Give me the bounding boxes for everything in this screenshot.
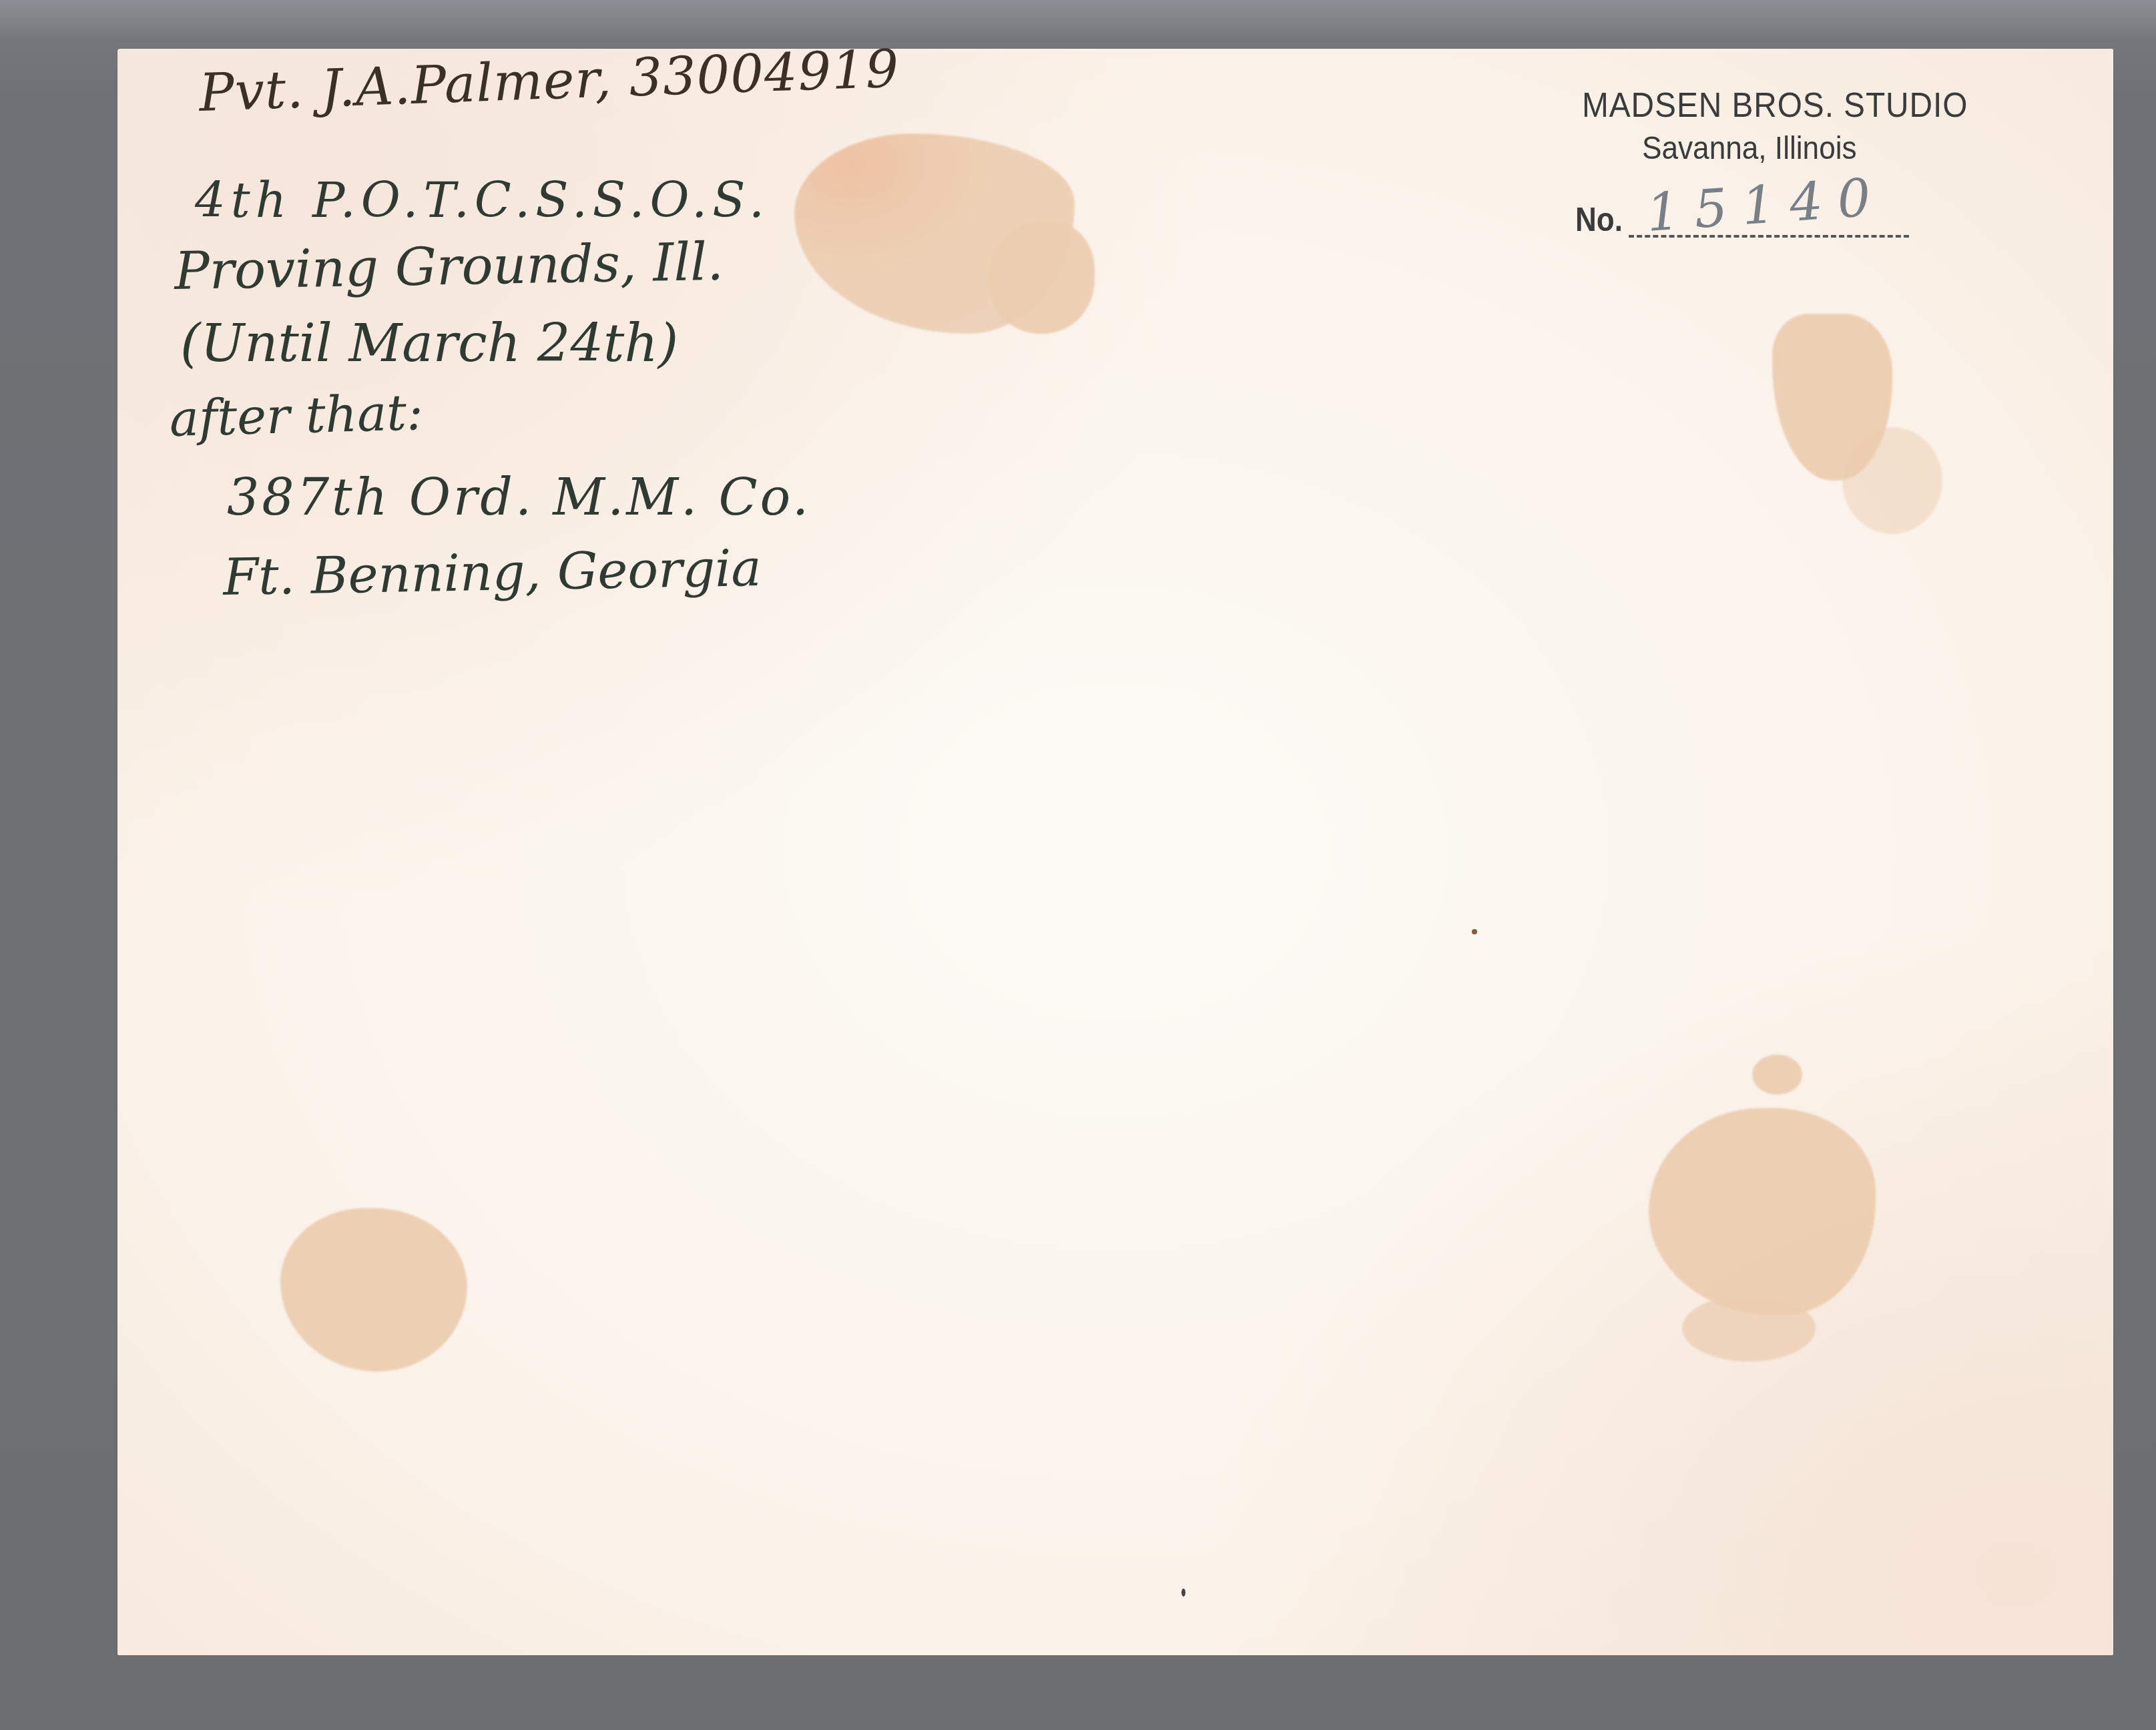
- glue-stain-top-center-extension: [988, 220, 1095, 334]
- ink-speck: [1472, 929, 1477, 934]
- stamp-studio-name: MADSEN BROS. STUDIO: [1582, 85, 1968, 125]
- stamp-number-label: No.: [1575, 200, 1623, 239]
- stamp-studio-location: Savanna, Illinois: [1642, 130, 1857, 167]
- ink-speck: [1181, 1589, 1185, 1597]
- handwritten-line-new-location: Ft. Benning, Georgia: [222, 538, 762, 607]
- handwritten-line-date: (Until March 24th): [180, 314, 678, 374]
- handwritten-line-unit: 4th P.O.T.C.S.S.O.S.: [195, 172, 770, 228]
- handwritten-line-location: Proving Grounds, Ill.: [174, 232, 724, 302]
- handwritten-line-new-unit: 387th Ord. M.M. Co.: [227, 467, 811, 527]
- glue-stain-bottom-right-small: [1752, 1055, 1802, 1095]
- handwritten-line-after: after that:: [169, 384, 424, 448]
- glue-stain-bottom-right-fragment: [1682, 1295, 1816, 1362]
- glue-stain-top-right-fragment: [1842, 427, 1942, 534]
